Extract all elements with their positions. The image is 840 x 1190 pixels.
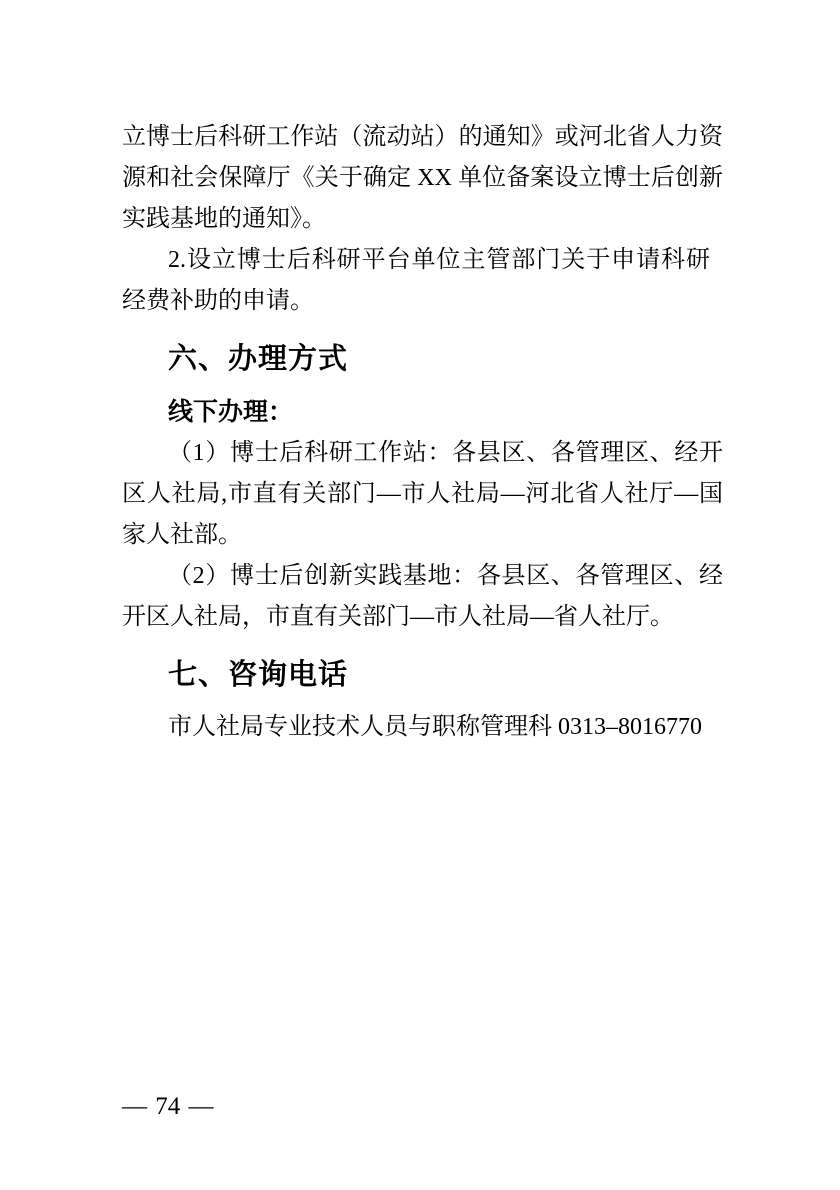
item-2-innovation-practice-base: （2）博士后创新实践基地：各县区、各管理区、经开区人社局，市直有关部门—市人社局… [122,556,723,638]
section-heading-6-handling-method: 六、办理方式 [122,337,723,381]
document-page: 立博士后科研工作站（流动站）的通知》或河北省人力资源和社会保障厅《关于确定 XX… [0,0,840,1190]
paragraph-funding-application: 2.设立博士后科研平台单位主管部门关于申请科研经费补助的申请。 [122,240,710,322]
paragraph-continuation: 立博士后科研工作站（流动站）的通知》或河北省人力资源和社会保障厅《关于确定 XX… [122,117,723,240]
page-number: — 74 — [122,1092,214,1122]
section-heading-7-consultation-phone: 七、咨询电话 [122,653,723,697]
offline-method-label: 线下办理： [122,391,723,433]
contact-phone-line: 市人社局专业技术人员与职称管理科 0313–8016770 [122,707,723,748]
item-1-postdoc-workstation: （1）博士后科研工作站：各县区、各管理区、经开区人社局,市直有关部门—市人社局—… [122,433,723,556]
document-content: 立博士后科研工作站（流动站）的通知》或河北省人力资源和社会保障厅《关于确定 XX… [122,117,723,748]
